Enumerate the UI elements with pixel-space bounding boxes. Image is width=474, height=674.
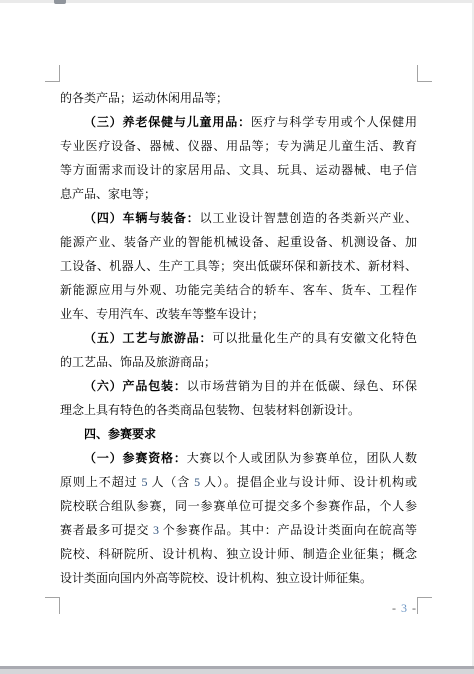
text-line: 专业医疗设备、器械、仪器、用品等；专为满足儿童生活、教育 xyxy=(60,134,417,158)
heading-segment: （六）产品包装： xyxy=(84,379,187,393)
text-segment: 医疗与科学专用或个人保健用 xyxy=(251,115,417,129)
text-segment: 等方面需求而设计的家居用品、文具、玩具、运动器械、电子信 xyxy=(60,163,417,177)
text-line: 新能源应用与外观、功能完美结合的轿车、客车、货车、工程作 xyxy=(60,278,417,302)
text-segment: 个参赛作品。其中：产品设计类面向在皖高等 xyxy=(159,523,417,537)
text-segment: 息产品、家电等； xyxy=(60,187,156,201)
text-line: 四、参赛要求 xyxy=(60,422,417,446)
page-number-digit: 3 xyxy=(401,601,408,615)
text-segment: 新能源应用与外观、功能完美结合的轿车、客车、货车、工程作 xyxy=(60,283,417,297)
heading-segment: （五）工艺与旅游品： xyxy=(84,331,212,345)
document-page-view: { "document": { "colors": { "body_text":… xyxy=(0,0,474,674)
text-segment: 人）。提倡企业与设计师、设计机构或 xyxy=(200,475,417,489)
text-segment: 人（含 xyxy=(148,475,195,489)
text-line: 业车、专用汽车、改装车等整车设计； xyxy=(60,302,417,326)
page-number: - 3 - xyxy=(392,601,417,615)
heading-segment: （一）参赛资格： xyxy=(84,451,187,465)
crop-mark-bottom-left xyxy=(45,597,60,614)
page-number-dash: - xyxy=(408,601,417,615)
text-line: 理念上具有特色的各类商品包装物、包装材料创新设计。 xyxy=(60,398,417,422)
crop-mark-bottom-right xyxy=(417,597,432,614)
text-line: 原则上不超过 5 人（含 5 人）。提倡企业与设计师、设计机构或 xyxy=(60,470,417,494)
heading-segment: （三）养老保健与儿童用品： xyxy=(84,115,251,129)
text-line: （六）产品包装：以市场营销为目的并在低碳、绿色、环保 xyxy=(60,374,417,398)
heading-segment: （四）车辆与装备： xyxy=(84,211,200,225)
text-line: 工设备、机器人、生产工具等；突出低碳环保和新技术、新材料、 xyxy=(60,254,417,278)
text-segment: 以市场营销为目的并在低碳、绿色、环保 xyxy=(187,379,417,393)
text-segment: 原则上不超过 xyxy=(60,475,142,489)
document-text-area[interactable]: 的各类产品；运动休闲用品等；（三）养老保健与儿童用品：医疗与科学专用或个人保健用… xyxy=(60,86,417,590)
text-segment: 大赛以个人或团队为参赛单位，团队人数 xyxy=(187,451,417,465)
text-line: （五）工艺与旅游品：可以批量化生产的具有安徽文化特色 xyxy=(60,326,417,350)
text-segment: 院校、科研院所、设计机构、独立设计师、制造企业征集；概念 xyxy=(60,547,417,561)
text-segment: 以工业设计智慧创造的各类新兴产业、 xyxy=(200,211,417,225)
text-line: 赛者最多可提交 3 个参赛作品。其中：产品设计类面向在皖高等 xyxy=(60,518,417,542)
text-segment: 可以批量化生产的具有安徽文化特色 xyxy=(212,331,417,345)
text-line: （一）参赛资格：大赛以个人或团队为参赛单位，团队人数 xyxy=(60,446,417,470)
text-segment: 业车、专用汽车、改装车等整车设计； xyxy=(60,307,264,321)
text-line: 等方面需求而设计的家居用品、文具、玩具、运动器械、电子信 xyxy=(60,158,417,182)
text-line: 能源产业、装备产业的智能机械设备、起重设备、机测设备、加 xyxy=(60,230,417,254)
page-number-dash: - xyxy=(392,601,401,615)
window-top-edge xyxy=(0,0,474,3)
text-line: 设计类面向国内外高等院校、设计机构、独立设计师征集。 xyxy=(60,566,417,590)
text-segment: 理念上具有特色的各类商品包装物、包装材料创新设计。 xyxy=(60,403,360,417)
text-segment: 工设备、机器人、生产工具等；突出低碳环保和新技术、新材料、 xyxy=(60,259,417,273)
text-line: 的各类产品；运动休闲用品等； xyxy=(60,86,417,110)
text-line: （四）车辆与装备：以工业设计智慧创造的各类新兴产业、 xyxy=(60,206,417,230)
text-segment: 的各类产品；运动休闲用品等； xyxy=(60,91,228,105)
text-line: 院校联合组队参赛，同一参赛单位可提交多个参赛作品，个人参 xyxy=(60,494,417,518)
text-line: 息产品、家电等； xyxy=(60,182,417,206)
text-segment: 能源产业、装备产业的智能机械设备、起重设备、机测设备、加 xyxy=(60,235,417,249)
heading-segment: 四、参赛要求 xyxy=(84,427,156,441)
text-segment: 院校联合组队参赛，同一参赛单位可提交多个参赛作品，个人参 xyxy=(60,499,417,513)
text-segment: 的工艺品、饰品及旅游商品； xyxy=(60,355,216,369)
crop-mark-top-left xyxy=(45,65,60,82)
text-segment: 设计类面向国内外高等院校、设计机构、独立设计师征集。 xyxy=(60,571,372,585)
text-segment: 赛者最多可提交 xyxy=(60,523,153,537)
text-segment: 专业医疗设备、器械、仪器、用品等；专为满足儿童生活、教育 xyxy=(60,139,417,153)
text-line: （三）养老保健与儿童用品：医疗与科学专用或个人保健用 xyxy=(60,110,417,134)
crop-mark-top-right xyxy=(417,65,432,82)
scroll-tab xyxy=(54,0,66,4)
text-line: 院校、科研院所、设计机构、独立设计师、制造企业征集；概念 xyxy=(60,542,417,566)
window-bottom-edge-shadow xyxy=(0,669,474,674)
text-line: 的工艺品、饰品及旅游商品； xyxy=(60,350,417,374)
